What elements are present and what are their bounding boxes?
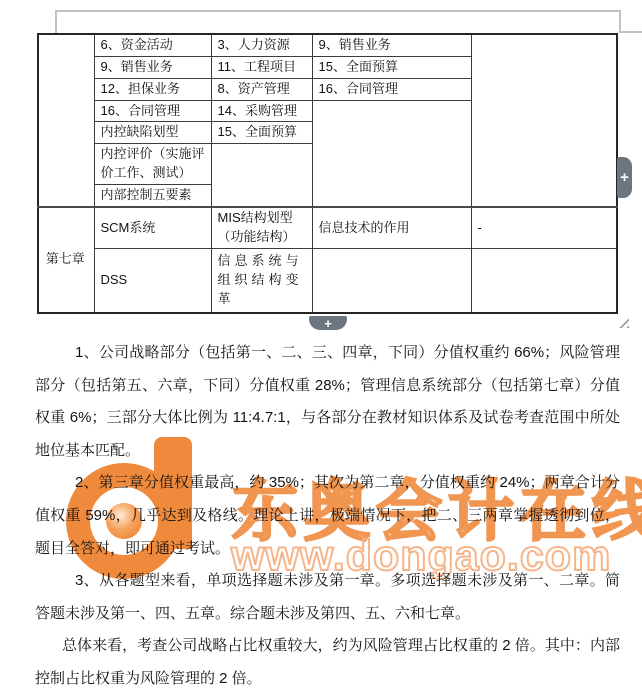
table-cell: - [471, 207, 617, 249]
table-cell: 15、全面预算 [211, 122, 312, 144]
expand-handle-bottom[interactable]: + [309, 316, 347, 330]
table-cell [312, 100, 471, 207]
document-table: 6、资金活动 3、人力资源 9、销售业务 9、销售业务 11、工程项目 15、全… [37, 33, 618, 314]
frame-outline-right-vertical [619, 10, 621, 32]
table-cell: 3、人力资源 [211, 34, 312, 56]
paragraph-1: 1、公司战略部分（包括第一、二、三、四章，下同）分值权重约 66%；风险管理部分… [35, 337, 620, 467]
table-cell: 9、销售业务 [94, 56, 211, 78]
paragraph-3: 3、从各题型来看，单项选择题未涉及第一章。多项选择题未涉及第一、二章。简答题未涉… [35, 565, 620, 630]
table-cell [211, 144, 312, 207]
plus-icon: + [620, 169, 629, 186]
paragraph-4: 总体来看，考查公司战略占比权重较大，约为风险管理占比权重的 2 倍。其中：内部控… [35, 630, 620, 695]
table-cell: 内控评价（实施评价工作、测试） [94, 144, 211, 185]
table-cell: 6、资金活动 [94, 34, 211, 56]
table-cell: 9、销售业务 [312, 34, 471, 56]
table-cell: SCM系统 [94, 207, 211, 249]
table-cell: 16、合同管理 [94, 100, 211, 122]
expand-handle-right[interactable]: + [617, 157, 632, 198]
table-cell: 16、合同管理 [312, 78, 471, 100]
analysis-text-block: 1、公司战略部分（包括第一、二、三、四章，下同）分值权重约 66%；风险管理部分… [35, 337, 620, 696]
table-cell: DSS [94, 249, 211, 313]
frame-outline-left [55, 10, 57, 33]
table-cell: 内部控制五要素 [94, 184, 211, 206]
plus-icon: + [324, 316, 332, 331]
table-cell: MIS结构划型（功能结构） [211, 207, 312, 249]
table-cell: 11、工程项目 [211, 56, 312, 78]
table-cell [471, 249, 617, 313]
table-cell: 信息系统与组织结构变革 [211, 249, 312, 313]
table-cell: 12、担保业务 [94, 78, 211, 100]
frame-outline-right-horizontal [619, 31, 642, 33]
table-cell: 8、资产管理 [211, 78, 312, 100]
table-cell [38, 34, 94, 207]
table-cell [312, 249, 471, 313]
table-resize-handle-icon[interactable] [617, 316, 629, 328]
table-cell: 15、全面预算 [312, 56, 471, 78]
table-cell [471, 34, 617, 207]
table-cell-chapter7: 第七章 [38, 207, 94, 313]
paragraph-2: 2、第三章分值权重最高，约 35%；其次为第二章，分值权重约 24%；两章合计分… [35, 467, 620, 565]
frame-outline-top [55, 10, 621, 12]
table-cell: 内控缺陷划型 [94, 122, 211, 144]
table-cell: 14、采购管理 [211, 100, 312, 122]
table-cell: 信息技术的作用 [312, 207, 471, 249]
